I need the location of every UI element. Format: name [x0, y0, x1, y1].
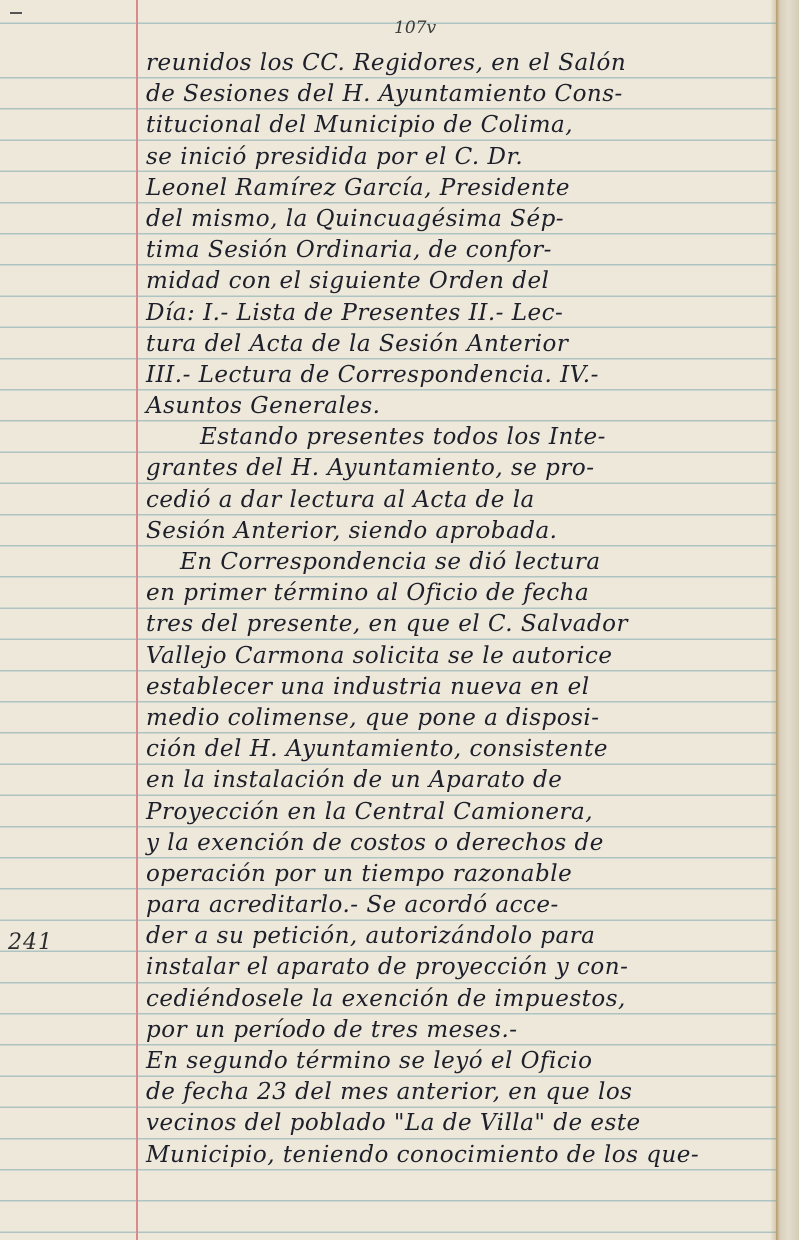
- text-line: para acreditarlo.- Se acordó acce-: [140, 890, 770, 921]
- text-line: cediéndosele la exención de impuestos,: [140, 984, 770, 1015]
- text-line: medio colimense, que pone a disposi-: [140, 703, 770, 734]
- text-line: der a su petición, autorizándolo para: [140, 921, 770, 952]
- text-line: Leonel Ramírez García, Presidente: [140, 173, 770, 204]
- text-line: ción del H. Ayuntamiento, consistente: [140, 734, 770, 765]
- page-binding-edge: [776, 0, 799, 1240]
- text-line: de fecha 23 del mes anterior, en que los: [140, 1077, 770, 1108]
- ledger-page: 107v 241 reunidos los CC. Regidores, en …: [0, 0, 799, 1240]
- text-line: tima Sesión Ordinaria, de confor-: [140, 235, 770, 266]
- corner-mark: [10, 12, 22, 14]
- text-line: en la instalación de un Aparato de: [140, 765, 770, 796]
- text-line: En segundo término se leyó el Oficio: [140, 1046, 770, 1077]
- text-line: Vallejo Carmona solicita se le autorice: [140, 641, 770, 672]
- margin-note-number: 241: [8, 930, 53, 955]
- text-line: cedió a dar lectura al Acta de la: [140, 485, 770, 516]
- text-line: reunidos los CC. Regidores, en el Salón: [140, 48, 770, 79]
- text-line: Sesión Anterior, siendo aprobada.: [140, 516, 770, 547]
- text-line: titucional del Municipio de Colima,: [140, 110, 770, 141]
- text-line: tres del presente, en que el C. Salvador: [140, 609, 770, 640]
- text-line: Proyección en la Central Camionera,: [140, 797, 770, 828]
- folio-number: 107v: [394, 18, 436, 38]
- text-line: Asuntos Generales.: [140, 391, 770, 422]
- text-line: tura del Acta de la Sesión Anterior: [140, 329, 770, 360]
- text-line: En Correspondencia se dió lectura: [140, 547, 770, 578]
- text-line: del mismo, la Quincuagésima Sép-: [140, 204, 770, 235]
- text-line: se inició presidida por el C. Dr.: [140, 142, 770, 173]
- text-line: Día: I.- Lista de Presentes II.- Lec-: [140, 298, 770, 329]
- text-line: operación por un tiempo razonable: [140, 859, 770, 890]
- text-line: por un período de tres meses.-: [140, 1015, 770, 1046]
- text-line: de Sesiones del H. Ayuntamiento Cons-: [140, 79, 770, 110]
- text-line: midad con el siguiente Orden del: [140, 266, 770, 297]
- text-line: y la exención de costos o derechos de: [140, 828, 770, 859]
- text-line: en primer término al Oficio de fecha: [140, 578, 770, 609]
- text-line: establecer una industria nueva en el: [140, 672, 770, 703]
- text-line: Estando presentes todos los Inte-: [140, 422, 770, 453]
- text-line: III.- Lectura de Correspondencia. IV.-: [140, 360, 770, 391]
- text-line: instalar el aparato de proyección y con-: [140, 952, 770, 983]
- text-line: Municipio, teniendo conocimiento de los …: [140, 1140, 770, 1171]
- red-margin-line: [136, 0, 138, 1240]
- text-line: vecinos del poblado "La de Villa" de est…: [140, 1108, 770, 1139]
- text-line: grantes del H. Ayuntamiento, se pro-: [140, 453, 770, 484]
- handwritten-text-body: reunidos los CC. Regidores, en el Salón …: [140, 48, 770, 1171]
